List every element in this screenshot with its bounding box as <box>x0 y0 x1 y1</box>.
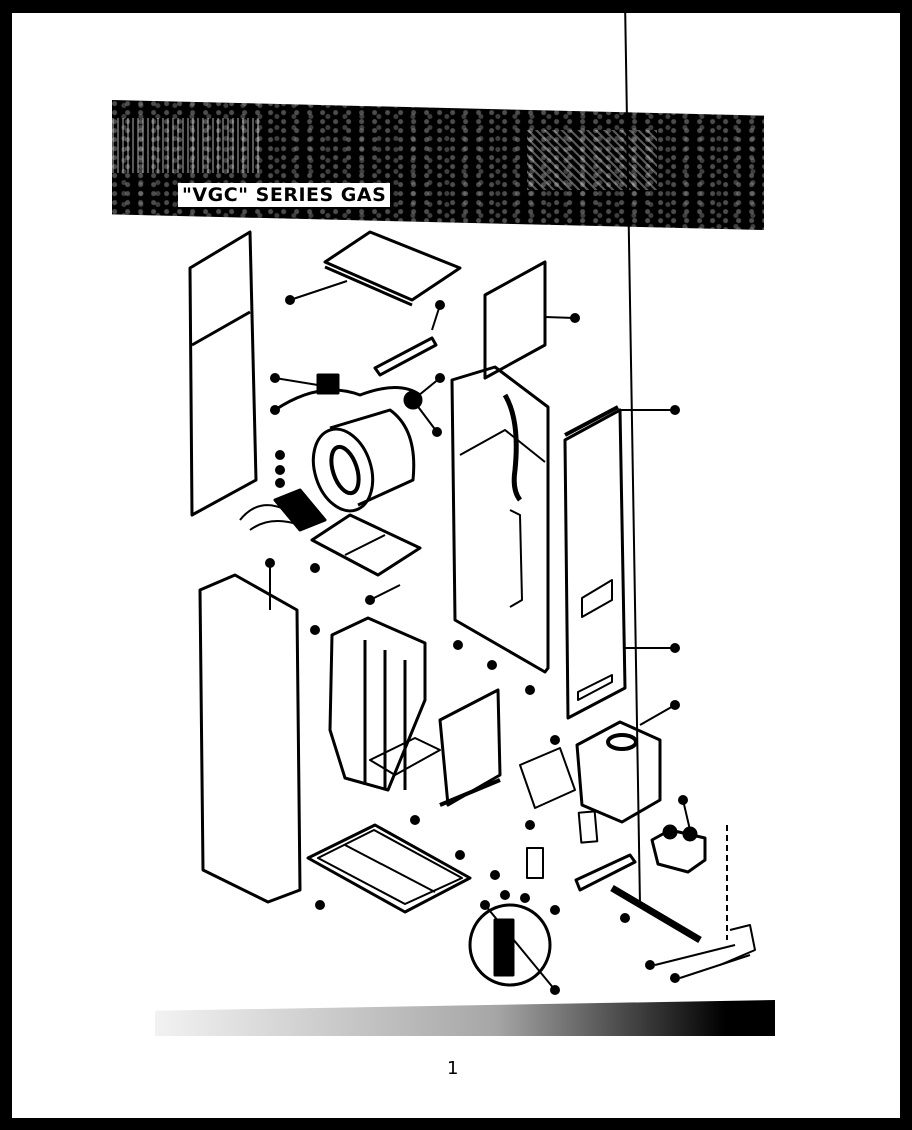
bottom-filter-rack <box>308 825 470 912</box>
front-panel-left <box>200 563 300 902</box>
filter <box>312 515 420 575</box>
vent-hood <box>520 705 675 822</box>
partition-panel <box>452 367 548 672</box>
exploded-parts-diagram <box>0 0 912 1130</box>
left-side-panel <box>190 232 256 515</box>
inner-cover-plate <box>440 690 500 805</box>
heat-exchanger <box>330 585 440 790</box>
page-number: 1 <box>447 1058 458 1079</box>
top-panel <box>290 232 460 305</box>
door-lower-right <box>565 407 675 718</box>
rail-bracket <box>375 305 440 375</box>
blower-motor <box>240 490 325 530</box>
pilot-assembly-inset <box>470 905 555 990</box>
upper-rear-panel <box>485 262 575 378</box>
manifold <box>527 811 635 890</box>
